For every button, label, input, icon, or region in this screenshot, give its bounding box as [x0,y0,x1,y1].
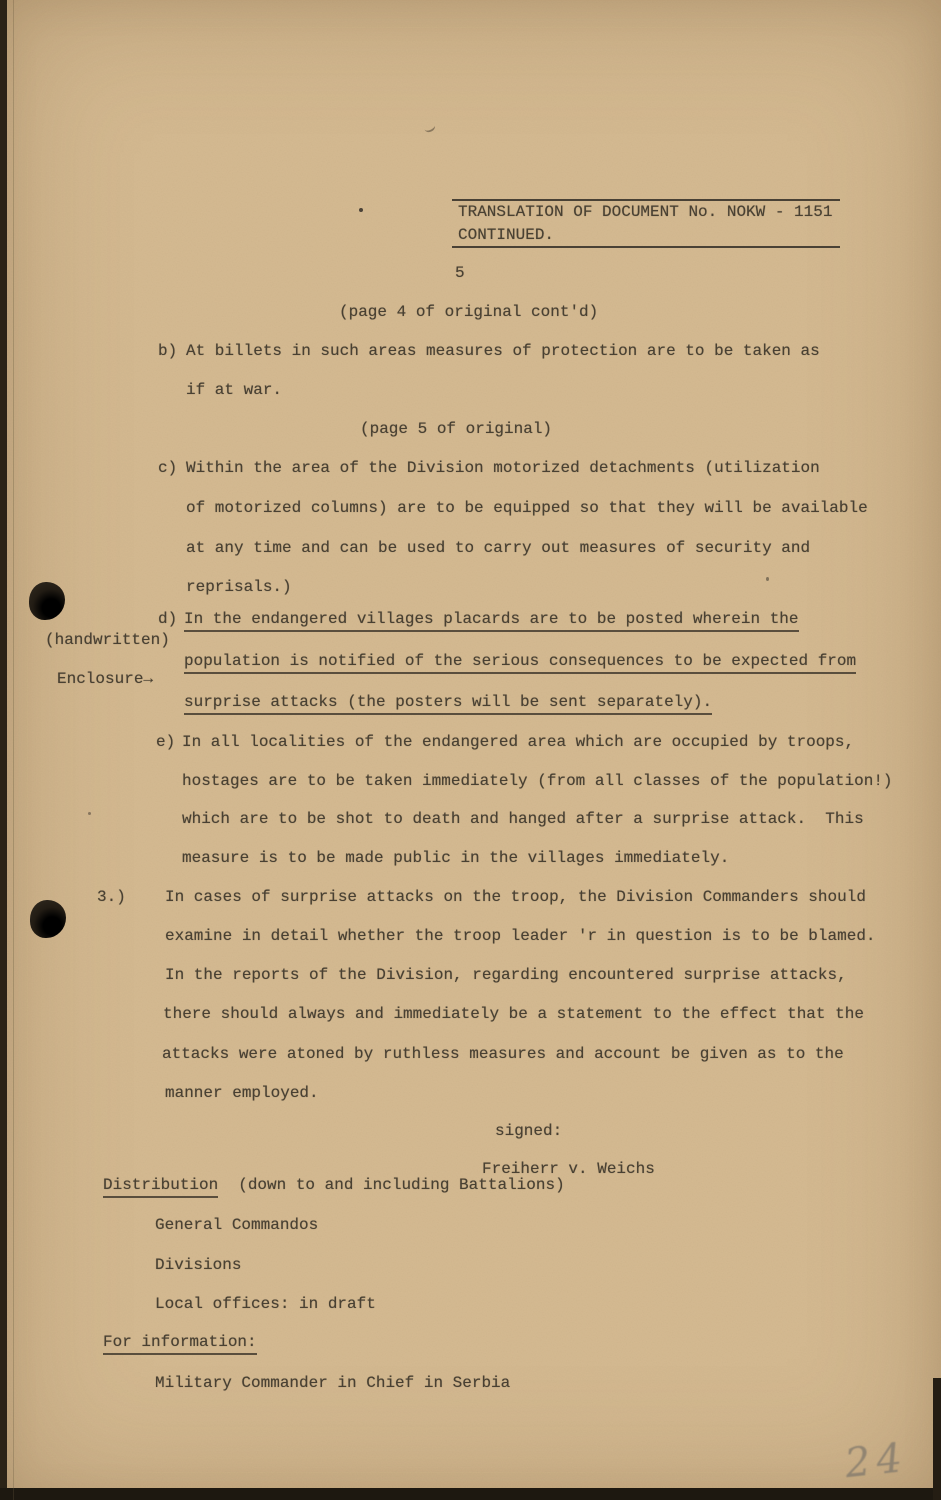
scanned-document-page: TRANSLATION OF DOCUMENT No. NOKW - 1151 … [0,0,941,1500]
item-e-line-4: measure is to be made public in the vill… [182,849,729,867]
header-underline [452,246,840,248]
item-e-line-1: e)In all localities of the endangered ar… [156,733,854,751]
distribution-entry: Local offices: in draft [155,1295,376,1313]
for-information-entry: Military Commander in Chief in Serbia [155,1374,510,1392]
item-b-label: b) [158,342,186,360]
item-3-line-5: attacks were atoned by ruthless measures… [162,1045,844,1063]
item-c-line-4: reprisals.) [186,578,292,596]
document-title: TRANSLATION OF DOCUMENT No. NOKW - 1151 [458,203,832,221]
item-c-label: c) [158,459,186,477]
page5-heading: (page 5 of original) [360,420,552,438]
pencil-squiggle [423,121,437,133]
item-3-line-1: 3.)In cases of surprise attacks on the t… [97,888,866,906]
for-information-heading: For information: [103,1333,257,1355]
item-c-line-2: of motorized columns) are to be equipped… [186,499,868,517]
margin-note-handwritten: (handwritten) [45,631,170,649]
scan-edge-left [0,0,7,1500]
item-d-line-3: surprise attacks (the posters will be se… [184,693,712,711]
scan-edge-bottom [0,1488,941,1500]
item-b-line-2: if at war. [186,381,282,399]
item-c-line-1: c)Within the area of the Division motori… [158,459,820,477]
hole-punch-mark [30,900,66,938]
ink-speck [359,208,363,212]
item-e-line-2: hostages are to be taken immediately (fr… [182,772,893,790]
item-3-line-2: examine in detail whether the troop lead… [165,927,876,945]
page-number: 5 [455,264,465,282]
page4-heading: (page 4 of original cont'd) [339,303,598,321]
scan-edge-right [933,1378,941,1500]
item-e-line-3: which are to be shot to death and hanged… [182,810,864,828]
margin-note-enclosure: Enclosure→ [57,670,153,688]
item-d-line-2: population is notified of the serious co… [184,652,856,670]
signed-label: signed: [495,1122,562,1140]
item-3-line-4: there should always and immediately be a… [163,1005,864,1023]
item-3-label: 3.) [97,888,165,906]
ink-speck [766,577,769,581]
distribution-heading: Distribution [103,1176,218,1198]
item-3-line-6: manner employed. [165,1084,319,1102]
item-d-label: d) [158,610,184,628]
distribution-entry: General Commandos [155,1216,318,1234]
item-3-line-3: In the reports of the Division, regardin… [165,966,847,984]
distribution-scope: (down to and including Battalions) [238,1176,564,1194]
handwritten-page-number: 24 [843,1435,910,1487]
item-c-line-3: at any time and can be used to carry out… [186,539,810,557]
paper-crease [13,0,14,1500]
header-overline [452,199,840,201]
item-d-line-1: d)In the endangered villages placards ar… [158,610,799,628]
distribution-heading-row: Distribution(down to and including Batta… [103,1176,565,1194]
hole-punch-mark [29,582,65,620]
item-e-label: e) [156,733,182,751]
item-b-line-1: b)At billets in such areas measures of p… [158,342,820,360]
for-information-heading-row: For information: [103,1333,257,1351]
document-continued-label: CONTINUED. [458,226,554,244]
ink-speck [88,812,91,815]
distribution-entry: Divisions [155,1256,241,1274]
